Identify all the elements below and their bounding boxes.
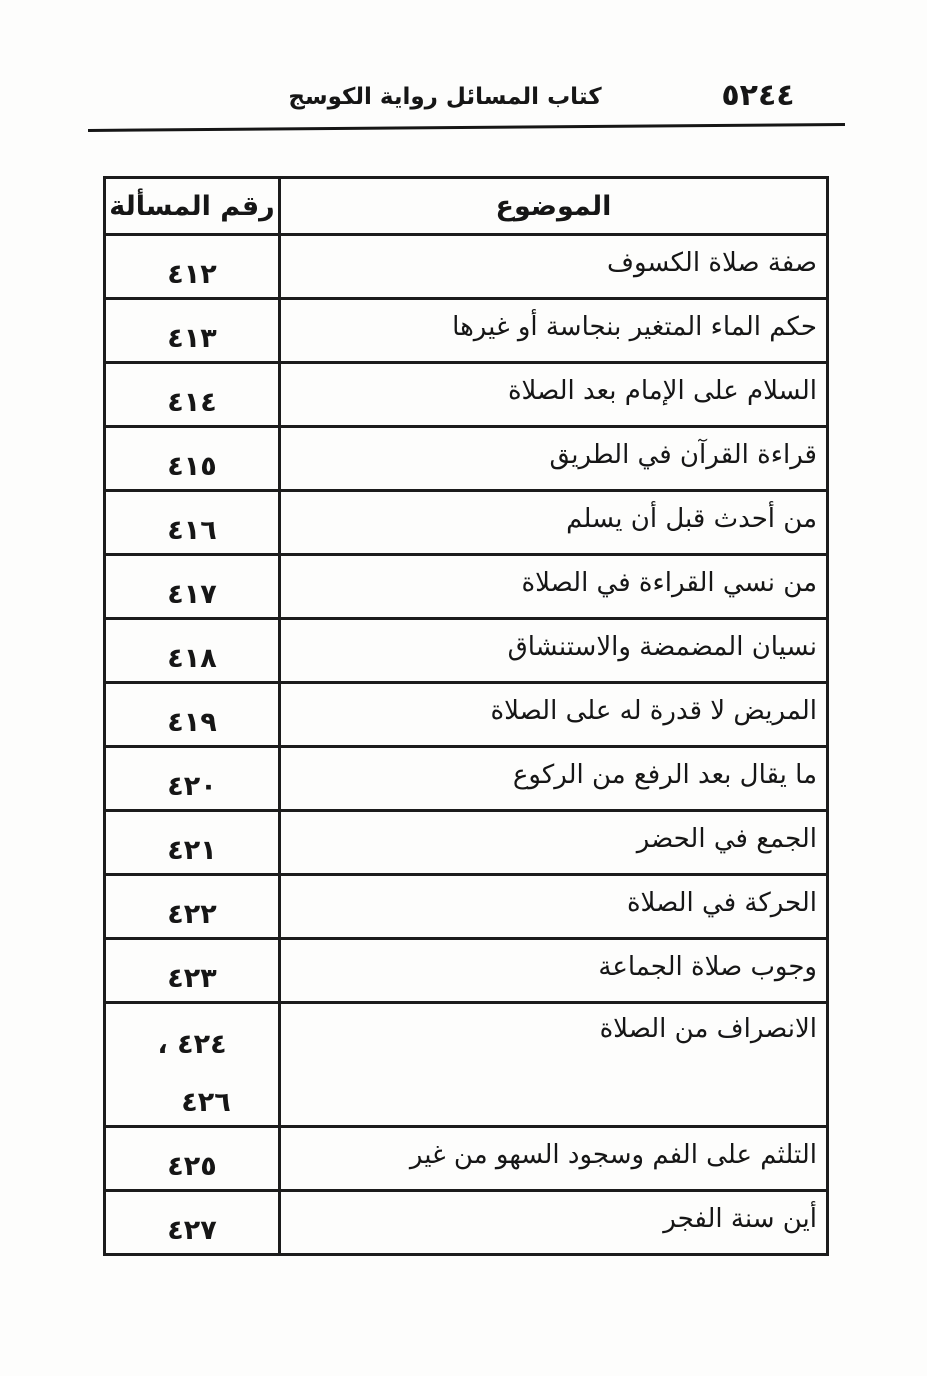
topic-text: من أحدث قبل أن يسلم xyxy=(566,504,817,534)
issue-number: ٤٢٥ xyxy=(112,1151,272,1182)
number-cell: ٤١٧ xyxy=(105,555,280,619)
issue-number: ٤١٦ xyxy=(112,515,272,546)
issue-number: ٤٢٧ xyxy=(112,1215,272,1246)
topic-cell: أين سنة الفجر xyxy=(280,1191,828,1255)
topic-text: صفة صلاة الكسوف xyxy=(607,248,817,278)
topic-text: الانصراف من الصلاة xyxy=(600,1014,817,1044)
table-row: الجمع في الحضر٤٢١ xyxy=(105,811,828,875)
topic-cell: التلثم على الفم وسجود السهو من غير xyxy=(280,1127,828,1191)
number-cell: ٤٢٣ xyxy=(105,939,280,1003)
topic-cell: نسيان المضمضة والاستنشاق xyxy=(280,619,828,683)
number-cell: ٤٢٤ ،٤٢٦ xyxy=(105,1003,280,1127)
topic-text: الجمع في الحضر xyxy=(637,824,817,854)
table-row: من نسي القراءة في الصلاة٤١٧ xyxy=(105,555,828,619)
issue-number: ٤١٥ xyxy=(112,451,272,482)
number-cell: ٤١٦ xyxy=(105,491,280,555)
table-row: أين سنة الفجر٤٢٧ xyxy=(105,1191,828,1255)
table-row: وجوب صلاة الجماعة٤٢٣ xyxy=(105,939,828,1003)
topic-cell: الانصراف من الصلاة xyxy=(280,1003,828,1127)
topic-column-header: الموضوع xyxy=(280,178,828,235)
header-rule xyxy=(88,123,845,132)
topic-text: نسيان المضمضة والاستنشاق xyxy=(508,632,817,662)
topic-text: وجوب صلاة الجماعة xyxy=(598,952,817,982)
topic-cell: المريض لا قدرة له على الصلاة xyxy=(280,683,828,747)
topic-cell: من أحدث قبل أن يسلم xyxy=(280,491,828,555)
table-row: التلثم على الفم وسجود السهو من غير٤٢٥ xyxy=(105,1127,828,1191)
table-row: الانصراف من الصلاة٤٢٤ ،٤٢٦ xyxy=(105,1003,828,1127)
toc-body: صفة صلاة الكسوف٤١٢حكم الماء المتغير بنجا… xyxy=(105,235,828,1255)
page-number: ٥٢٤٤ xyxy=(703,78,813,113)
number-cell: ٤٢٧ xyxy=(105,1191,280,1255)
number-cell: ٤١٤ xyxy=(105,363,280,427)
number-cell: ٤٢٢ xyxy=(105,875,280,939)
toc-table: الموضوع رقم المسألة صفة صلاة الكسوف٤١٢حك… xyxy=(103,176,829,1256)
topic-cell: ما يقال بعد الرفع من الركوع xyxy=(280,747,828,811)
number-cell: ٤١٢ xyxy=(105,235,280,299)
issue-number: ٤١٢ xyxy=(112,259,272,290)
topic-text: قراءة القرآن في الطريق xyxy=(550,440,817,470)
number-cell: ٤٢٥ xyxy=(105,1127,280,1191)
topic-text: أين سنة الفجر xyxy=(663,1204,817,1234)
table-row: قراءة القرآن في الطريق٤١٥ xyxy=(105,427,828,491)
toc-header-row: الموضوع رقم المسألة xyxy=(105,178,828,235)
issue-number: ٤١٨ xyxy=(112,643,272,674)
topic-cell: الحركة في الصلاة xyxy=(280,875,828,939)
issue-number: ٤١٩ xyxy=(112,707,272,738)
topic-text: المريض لا قدرة له على الصلاة xyxy=(491,696,818,726)
number-cell: ٤١٩ xyxy=(105,683,280,747)
issue-number-secondary: ٤٢٦ xyxy=(126,1087,280,1118)
table-row: من أحدث قبل أن يسلم٤١٦ xyxy=(105,491,828,555)
topic-cell: حكم الماء المتغير بنجاسة أو غيرها xyxy=(280,299,828,363)
table-row: حكم الماء المتغير بنجاسة أو غيرها٤١٣ xyxy=(105,299,828,363)
table-row: السلام على الإمام بعد الصلاة٤١٤ xyxy=(105,363,828,427)
issue-number: ٤١٧ xyxy=(112,579,272,610)
number-column-header: رقم المسألة xyxy=(105,178,280,235)
issue-number: ٤٢٤ ، xyxy=(112,1029,272,1060)
topic-cell: الجمع في الحضر xyxy=(280,811,828,875)
document-page: ٥٢٤٤ كتاب المسائل رواية الكوسج الموضوع ر… xyxy=(0,0,927,1376)
topic-text: التلثم على الفم وسجود السهو من غير xyxy=(410,1140,817,1170)
number-cell: ٤١٣ xyxy=(105,299,280,363)
topic-cell: وجوب صلاة الجماعة xyxy=(280,939,828,1003)
topic-text: حكم الماء المتغير بنجاسة أو غيرها xyxy=(452,312,817,342)
table-row: نسيان المضمضة والاستنشاق٤١٨ xyxy=(105,619,828,683)
table-row: صفة صلاة الكسوف٤١٢ xyxy=(105,235,828,299)
table-row: المريض لا قدرة له على الصلاة٤١٩ xyxy=(105,683,828,747)
issue-number: ٤٢١ xyxy=(112,835,272,866)
table-row: ما يقال بعد الرفع من الركوع٤٢٠ xyxy=(105,747,828,811)
number-cell: ٤١٥ xyxy=(105,427,280,491)
issue-number: ٤٢٢ xyxy=(112,899,272,930)
book-title: كتاب المسائل رواية الكوسج xyxy=(250,84,640,110)
topic-cell: قراءة القرآن في الطريق xyxy=(280,427,828,491)
number-cell: ٤٢١ xyxy=(105,811,280,875)
topic-text: ما يقال بعد الرفع من الركوع xyxy=(513,760,817,790)
issue-number: ٤١٣ xyxy=(112,323,272,354)
topic-text: الحركة في الصلاة xyxy=(627,888,817,918)
topic-cell: السلام على الإمام بعد الصلاة xyxy=(280,363,828,427)
topic-cell: صفة صلاة الكسوف xyxy=(280,235,828,299)
issue-number: ٤١٤ xyxy=(112,387,272,418)
issue-number: ٤٢٣ xyxy=(112,963,272,994)
topic-cell: من نسي القراءة في الصلاة xyxy=(280,555,828,619)
topic-text: السلام على الإمام بعد الصلاة xyxy=(508,376,817,406)
table-row: الحركة في الصلاة٤٢٢ xyxy=(105,875,828,939)
topic-text: من نسي القراءة في الصلاة xyxy=(521,568,817,598)
issue-number: ٤٢٠ xyxy=(112,771,272,802)
number-cell: ٤١٨ xyxy=(105,619,280,683)
number-cell: ٤٢٠ xyxy=(105,747,280,811)
